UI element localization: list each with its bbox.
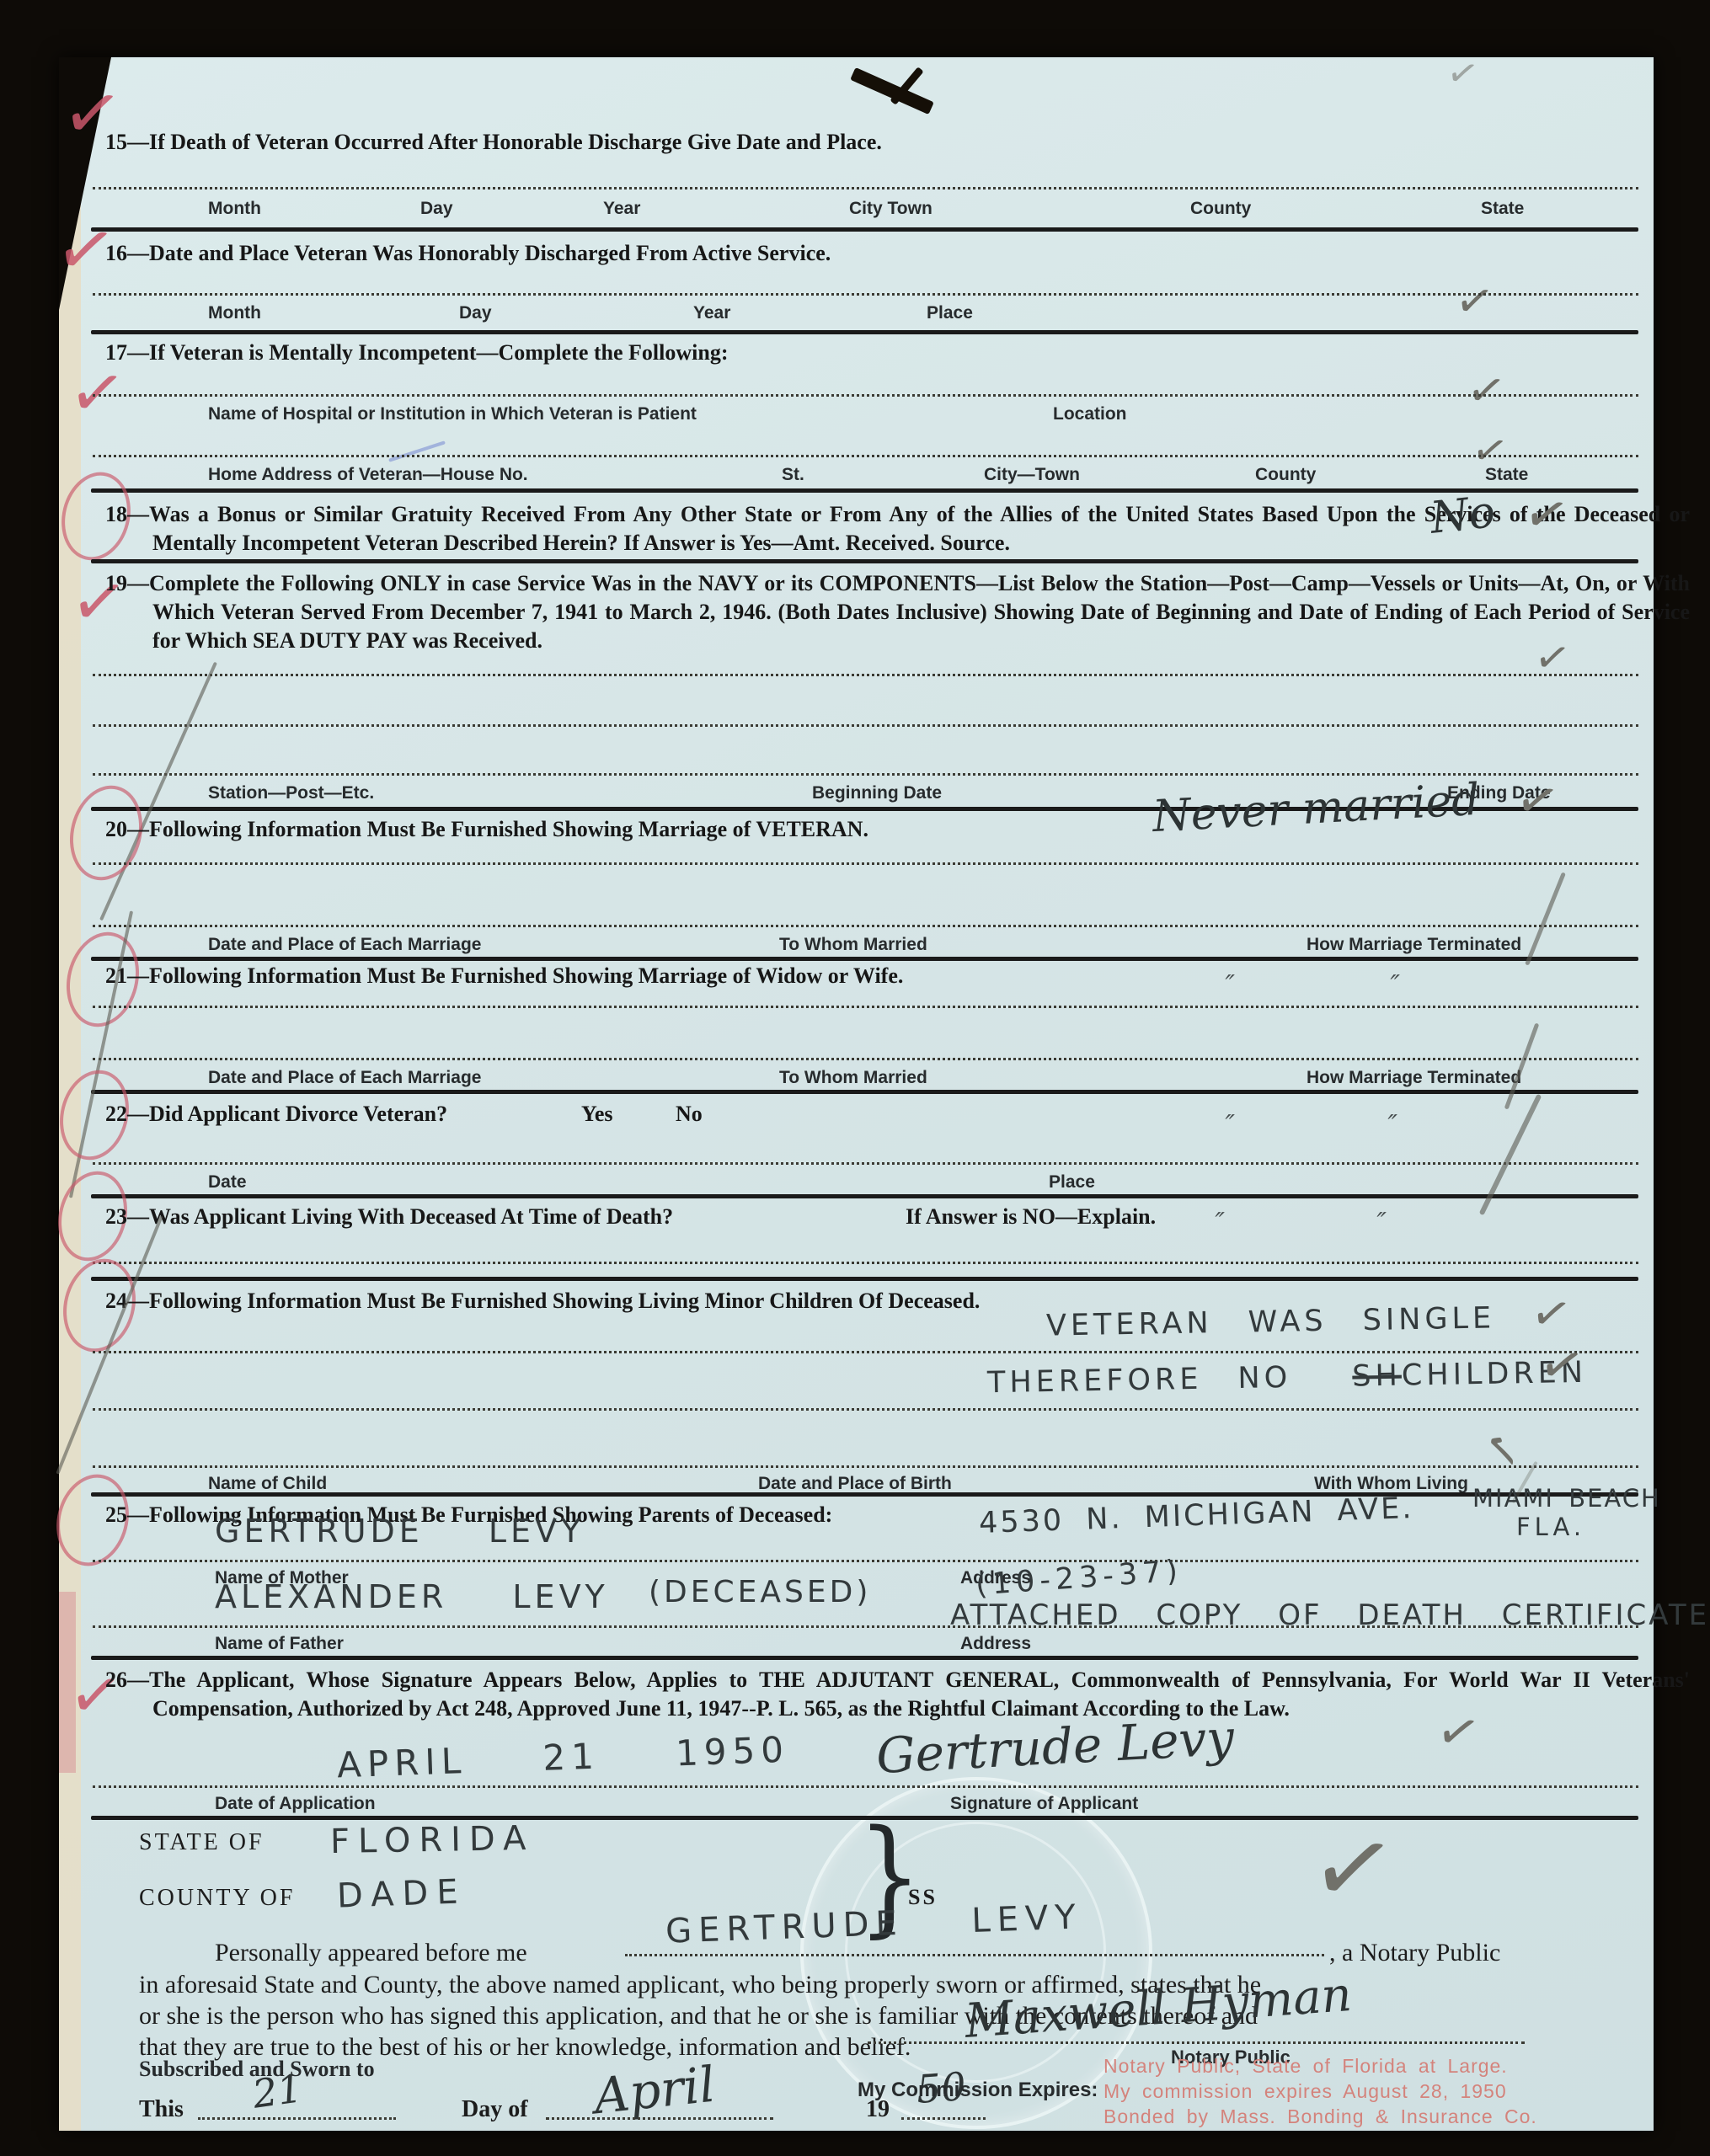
sworn-dayof-label: Day of <box>462 2094 528 2125</box>
item21-col-towhom: To Whom Married <box>779 1068 927 1088</box>
item24-answer-line2-strike: SH <box>1352 1359 1402 1394</box>
section-rule-17 <box>91 488 1638 493</box>
item17-col-state: State <box>1485 465 1528 485</box>
item25-father-address-label: Address <box>960 1634 1031 1654</box>
notary-stamp-line2: My commission expires August 28, 1950 <box>1103 2080 1507 2103</box>
item19-col-begindate: Beginning Date <box>812 783 942 803</box>
item24-writein-line-1 <box>93 1351 1638 1353</box>
item15-writein-line <box>93 187 1638 189</box>
item15-col-county: County <box>1190 199 1251 219</box>
item15-col-citytown: City Town <box>849 199 932 219</box>
item25-mother-line <box>93 1560 1638 1562</box>
item26-sig-label: Signature of Applicant <box>950 1794 1138 1814</box>
scanned-form-page: ✓ 15—If Death of Veteran Occurred After … <box>0 0 1710 2156</box>
item17-row2-line <box>93 455 1638 457</box>
item24-col-living: With Whom Living <box>1314 1474 1468 1494</box>
notary-signature-underline <box>868 2041 1525 2044</box>
item20-writein-line-2 <box>93 925 1638 927</box>
item22-option-yes: Yes <box>581 1100 649 1129</box>
item19-label: 19—Complete the Following ONLY in case S… <box>105 569 1690 655</box>
notary-stamp-line3: Bonded by Mass. Bonding & Insurance Co. <box>1103 2105 1537 2128</box>
item17-col-homeaddr: Home Address of Veteran—House No. <box>208 465 528 485</box>
commission-expires-label: My Commission Expires: <box>858 2079 1098 2102</box>
item15-label: 15—If Death of Veteran Occurred After Ho… <box>105 128 1146 157</box>
item26-date-label: Date of Application <box>215 1794 376 1814</box>
item20-col-towhom: To Whom Married <box>779 935 927 955</box>
county-value-handwritten: DADE <box>336 1872 467 1915</box>
item20-col-terminated: How Marriage Terminated <box>1307 935 1521 955</box>
item17-row1-line <box>93 394 1638 397</box>
item21-col-terminated: How Marriage Terminated <box>1307 1068 1521 1088</box>
appeared-underline <box>625 1954 1324 1956</box>
item23-writein-line <box>93 1262 1638 1264</box>
item20-col-dateplace: Date and Place of Each Marriage <box>208 935 481 955</box>
item19-col-station: Station—Post—Etc. <box>208 783 374 803</box>
item25-mother-name: GERTRUDE LEVY <box>215 1513 585 1550</box>
item23-label: 23—Was Applicant Living With Deceased At… <box>105 1203 936 1231</box>
item15-col-state: State <box>1481 199 1524 219</box>
item16-col-day: Day <box>459 303 492 323</box>
item15-col-month: Month <box>208 199 261 219</box>
item16-col-year: Year <box>693 303 730 323</box>
section-rule-23 <box>91 1277 1638 1281</box>
item24-col-birth: Date and Place of Birth <box>758 1474 952 1494</box>
section-rule-18 <box>91 559 1638 563</box>
item18-answer-handwritten: No <box>1428 487 1498 544</box>
item20-writein-line-1 <box>93 862 1638 865</box>
item25-father-name: ALEXANDER LEVY <box>215 1578 609 1615</box>
section-rule-21 <box>91 1090 1638 1094</box>
item21-writein-line-1 <box>93 1006 1638 1008</box>
section-rule-20 <box>91 957 1638 961</box>
item17-col-hospital: Name of Hospital or Institution in Which… <box>208 404 697 424</box>
item26-writein-line <box>93 1785 1638 1788</box>
item24-answer-line2-pre: THEREFORE NO <box>987 1361 1292 1400</box>
item25-father-line <box>93 1625 1638 1628</box>
item19-writein-line-2 <box>93 724 1638 727</box>
section-rule-22 <box>91 1194 1638 1198</box>
item17-col-location: Location <box>1053 404 1127 424</box>
item19-writein-line-3 <box>93 773 1638 776</box>
sworn-this-label: This <box>139 2094 184 2125</box>
section-rule-15 <box>91 227 1638 232</box>
state-of-label: STATE OF <box>139 1829 265 1856</box>
item16-col-month: Month <box>208 303 261 323</box>
item25-father-label: Name of Father <box>215 1634 344 1654</box>
sworn-day-handwritten: 21 <box>250 2065 305 2117</box>
item21-col-dateplace: Date and Place of Each Marriage <box>208 1068 481 1088</box>
item22-col-date: Date <box>208 1172 247 1193</box>
appeared-post-text: , a Notary Public <box>1329 1937 1500 1968</box>
notary-paragraph-line3: or she is the person who has signed this… <box>139 2000 1647 2031</box>
item21-writein-line-2 <box>93 1058 1638 1060</box>
item22-col-place: Place <box>1049 1172 1095 1193</box>
item24-col-child: Name of Child <box>208 1474 327 1494</box>
item16-label: 16—Date and Place Veteran Was Honorably … <box>105 239 1096 268</box>
item17-col-county: County <box>1255 465 1316 485</box>
sworn-month-underline <box>546 2117 773 2120</box>
item20-label: 20—Following Information Must Be Furnish… <box>105 815 1197 844</box>
sworn-year-underline <box>901 2117 986 2120</box>
item17-col-citytown: City—Town <box>984 465 1080 485</box>
section-rule-16 <box>91 330 1638 334</box>
item23-suffix: If Answer is NO—Explain. <box>906 1203 1242 1231</box>
item15-col-day: Day <box>420 199 453 219</box>
item25-father-note: (DECEASED) <box>649 1575 871 1609</box>
item25-mother-city: MIAMI BEACH <box>1472 1484 1661 1513</box>
item24-writein-line-2 <box>93 1408 1638 1411</box>
item21-label: 21—Following Information Must Be Furnish… <box>105 962 1332 990</box>
item17-label: 17—If Veteran is Mentally Incompetent—Co… <box>105 339 995 367</box>
item17-col-st: St. <box>782 465 804 485</box>
item24-writein-line-3 <box>93 1465 1638 1468</box>
section-rule-25 <box>91 1656 1638 1660</box>
item22-writein-line <box>93 1162 1638 1165</box>
notary-paragraph-line2: in aforesaid State and County, the above… <box>139 1969 1647 2000</box>
sworn-day-underline <box>198 2117 396 2120</box>
item19-writein-line-1 <box>93 674 1638 676</box>
item15-col-year: Year <box>603 199 640 219</box>
county-of-label: COUNTY OF <box>139 1885 295 1912</box>
item16-col-place: Place <box>927 303 973 323</box>
item16-writein-line <box>93 293 1638 296</box>
item25-mother-state: FLA. <box>1516 1513 1585 1541</box>
state-value-handwritten: FLORIDA <box>330 1819 535 1861</box>
appeared-pre-text: Personally appeared before me <box>215 1937 527 1968</box>
notary-stamp-line1: Notary Public, State of Florida at Large… <box>1103 2055 1508 2078</box>
item22-option-no: No <box>676 1100 743 1129</box>
